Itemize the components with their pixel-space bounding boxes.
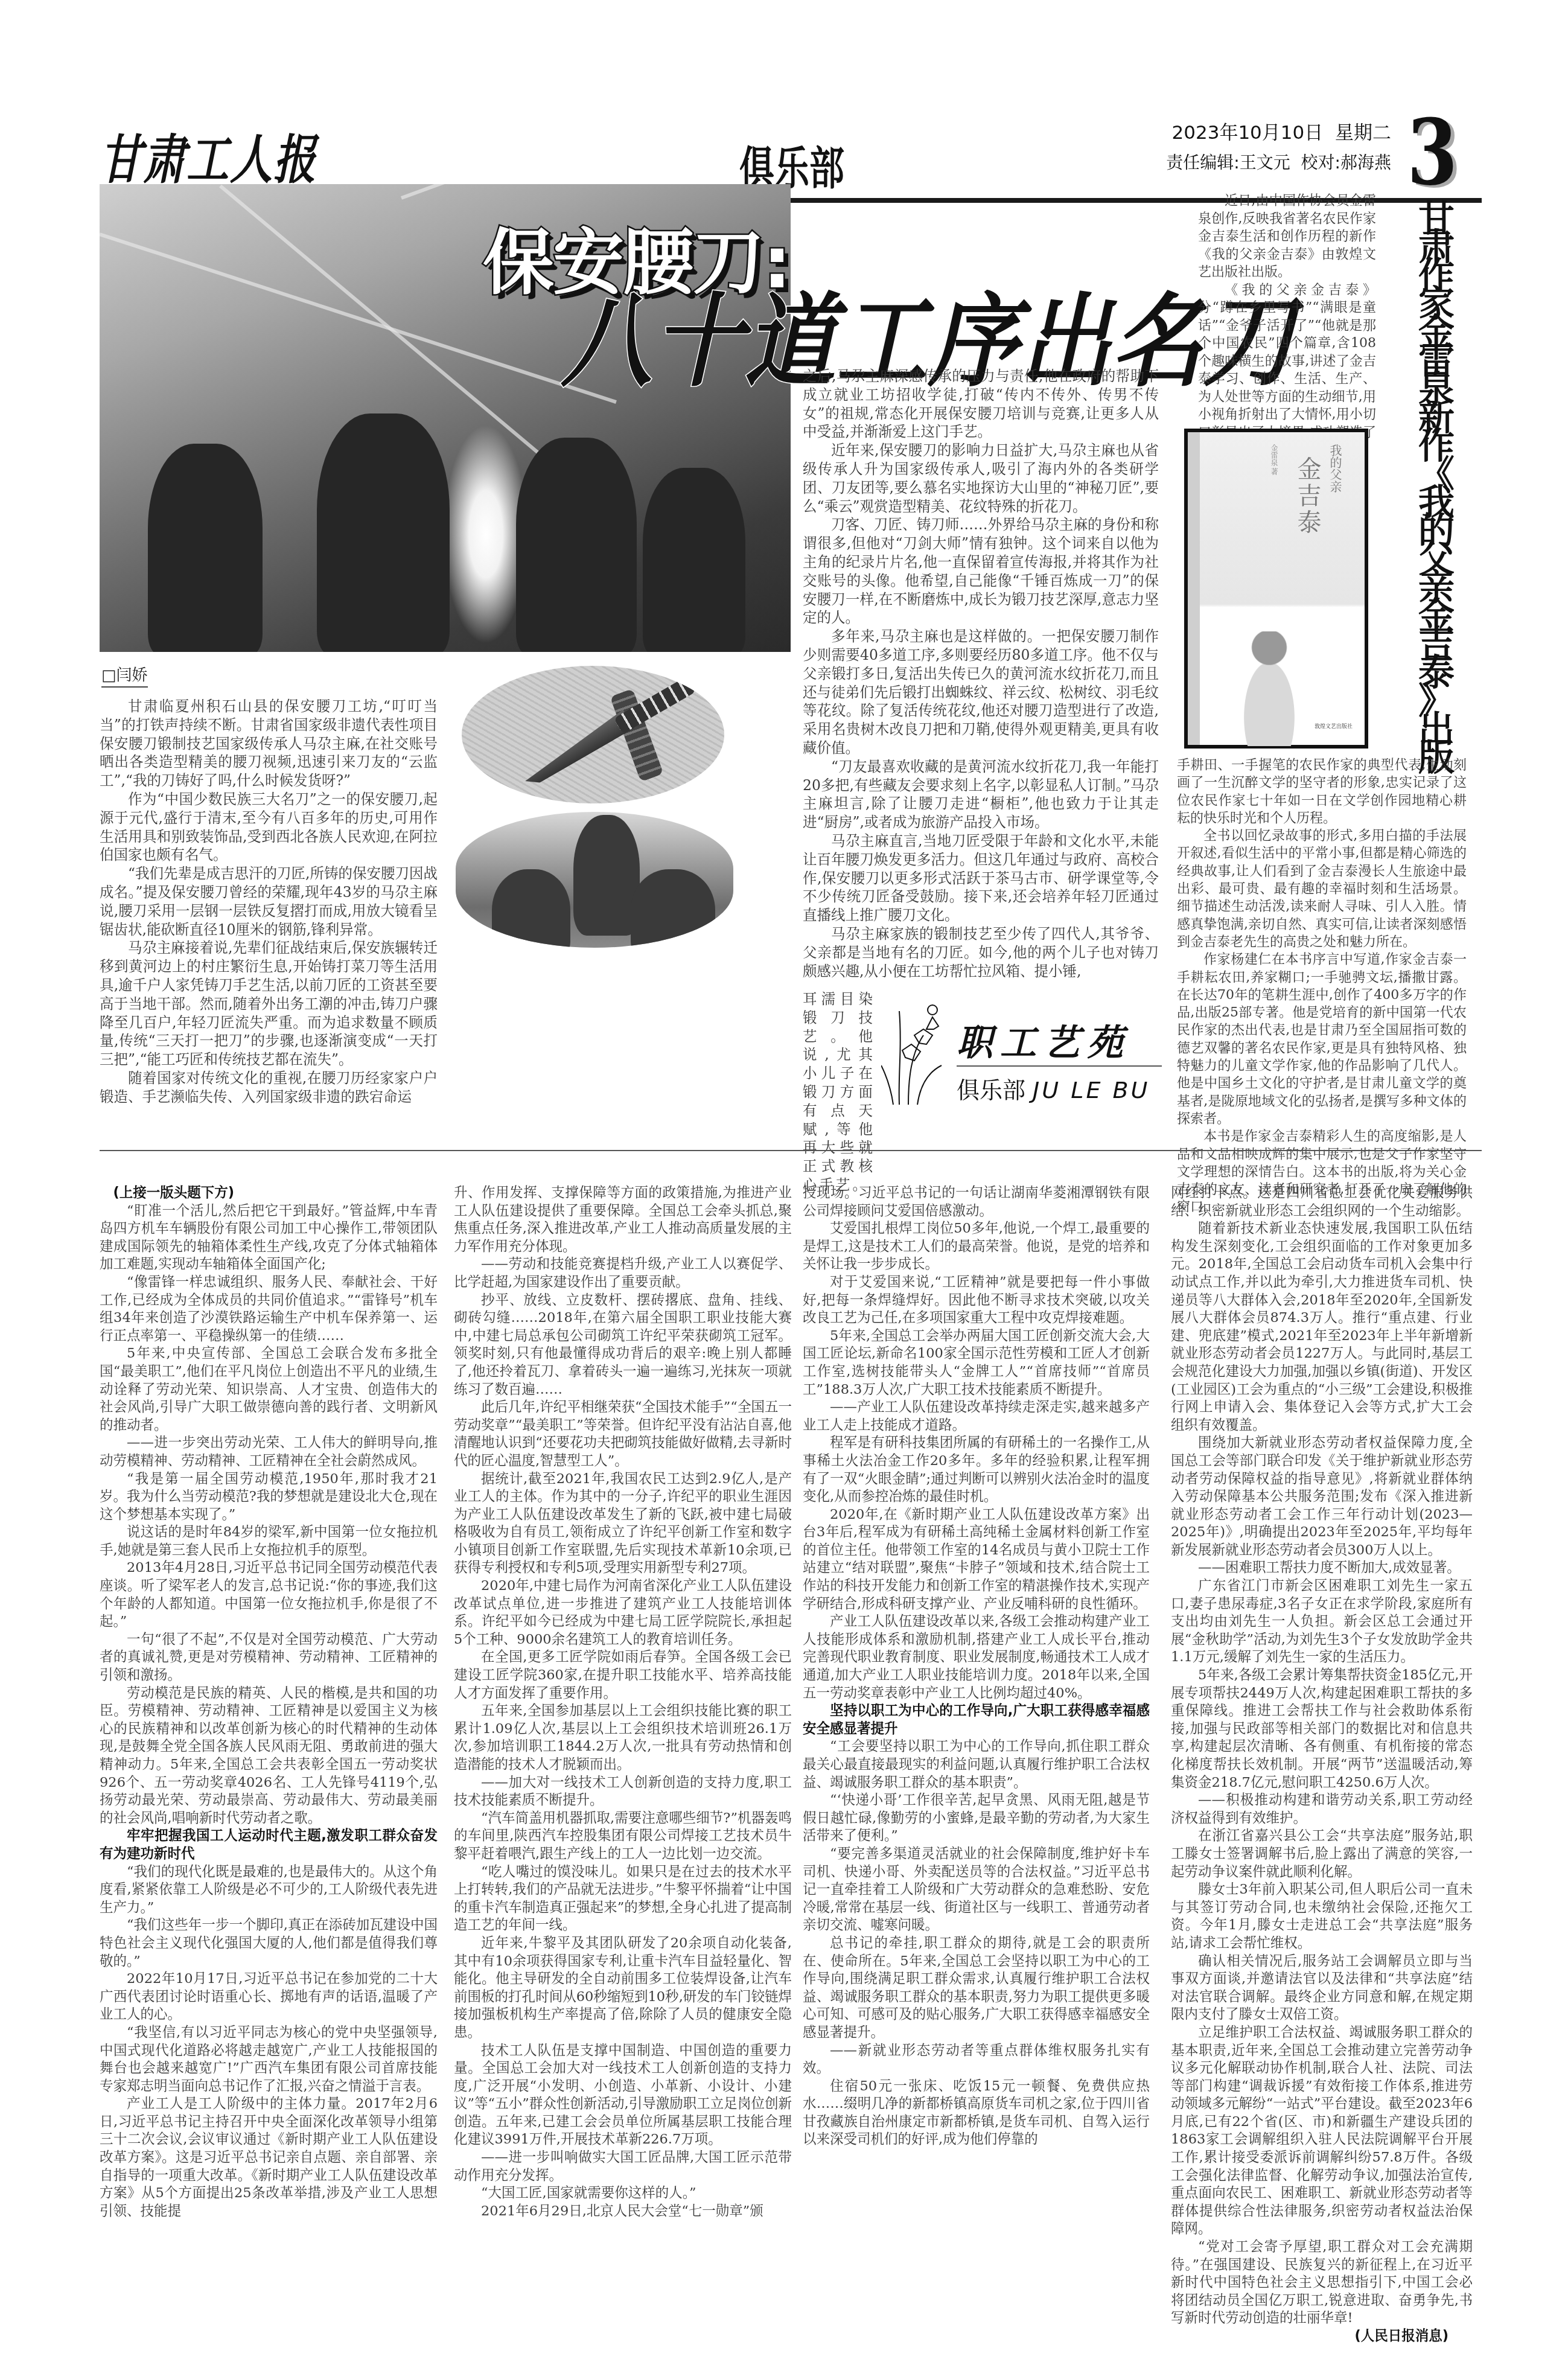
paragraph: 升、作用发挥、支撑保障等方面的政策措施,为推进产业工人队伍建设提供了重要保障。全… xyxy=(454,1184,792,1256)
issue-date: 2023年10月10日 xyxy=(1171,122,1323,144)
column-section-label: 俱乐部 JU LE BU xyxy=(957,1071,1150,1105)
paragraph: 刀客、刀匠、铸刀师……外界给马尕主麻的身份和称谓很多,但他对“刀剑大师”情有独钟… xyxy=(803,516,1159,627)
paragraph: 产业工人队伍建设改革以来,各级工会推动构建产业工人技能形成体系和激励机制,搭建产… xyxy=(803,1613,1150,1702)
paragraph: 马尕主麻家族的锻制技艺至少传了四代人,其爷爷、父亲都是当地有名的刀匠。如今,他的… xyxy=(803,925,1159,980)
paragraph: 围绕加大新就业形态劳动者权益保障力度,全国总工会等部门联合印发《关于维护新就业形… xyxy=(1171,1434,1473,1559)
paragraph: 近年来,保安腰刀的影响力日益扩大,马尕主麻也从省级传承人升为国家级传承人,吸引了… xyxy=(803,441,1159,516)
worker-figure xyxy=(643,468,745,652)
book-article-headline: 甘肃作家金雷泉新作《我的父亲金吉泰》出版 xyxy=(1415,205,1458,773)
paragraph: 5年来,各级工会累计筹集帮扶资金185亿元,开展专项帮扶2449万人次,构建起困… xyxy=(1171,1667,1473,1792)
book-spine xyxy=(1188,432,1200,745)
paragraph: 程军是有研科技集团所属的有研稀土的一名操作工,从事稀土火法冶金工作20多年。多年… xyxy=(803,1434,1150,1505)
paragraph: 作家杨建仁在本书序言中写道,作家金吉泰一手耕耘农田,养家糊口;一手驰骋文坛,播撒… xyxy=(1177,951,1467,1128)
paragraph: 确认相关情况后,服务站工会调解员立即与当事双方面谈,并邀请法官以及法律和“共享法… xyxy=(1171,1953,1473,2024)
subheading: 牢牢把握我国工人运动时代主题,激发职工群众奋发有为建功新时代 xyxy=(100,1827,438,1863)
column-calligraphy: 职工艺苑 xyxy=(957,1014,1130,1066)
book-article-bottom: 手耕田、一手握笔的农民作家的典型代表,生动刻画了一生沉醉文学的坚守者的形象,忠实… xyxy=(1177,756,1467,1216)
continued-note: (上接一版头题下方) xyxy=(100,1184,438,1202)
feature-column-1: 甘肃临夏州积石山县的保安腰刀工坊,“叮叮当当”的打铁声持续不断。甘肃省国家级非遗… xyxy=(100,697,438,1106)
paragraph: 近日,由中国作协会员金雷泉创作,反映我省著名农民作家金吉泰生活和创作历程的新作《… xyxy=(1198,192,1376,281)
paragraph: “我们的现代化既是最难的,也是最伟大的。从这个角度看,紧紧依靠工人阶级是必不可少… xyxy=(100,1863,438,1917)
paragraph: “要完善多渠道灵活就业的社会保障制度,维护好卡车司机、快递小哥、外卖配送员等的合… xyxy=(803,1845,1150,1935)
column-logo: 职工艺苑 俱乐部 JU LE BU xyxy=(881,999,1195,1120)
section-divider xyxy=(100,1150,1482,1151)
editor-name: 王文元 xyxy=(1240,153,1290,173)
issue-weekday: 星期二 xyxy=(1335,122,1391,144)
paragraph: “汽车简盖用机器抓取,需要注意哪些细节?”机器轰鸣的车间里,陕西汽车控股集团有限… xyxy=(454,1810,792,1863)
paragraph: 随着新技术新业态快速发展,我国职工队伍结构发生深刻变化,工会组织面临的工作对象更… xyxy=(1171,1220,1473,1434)
paragraph: 滕女士3年前入职某公司,但人职后公司一直未与其签订劳动合同,也未缴纳社会保险,还… xyxy=(1171,1881,1473,1952)
subheading: 坚持以职工为中心的工作导向,广大职工获得感幸福感安全感显著提升 xyxy=(803,1702,1150,1738)
lower-column-4: 网红打卡点。这是四川省总工会优化关爱服务供给、织密新就业形态工会组织网的一个生动… xyxy=(1171,1184,1473,2346)
paragraph: “‘快递小哥’工作很辛苦,起早贪黑、风雨无阻,越是节假日越忙碌,像勤劳的小蜜蜂,… xyxy=(803,1792,1150,1845)
paragraph: 2013年4月28日,习近平总书记同全国劳动模范代表座谈。听了梁军老人的发言,总… xyxy=(100,1559,438,1630)
paragraph: “我是第一届全国劳动模范,1950年,那时我才21岁。我为什么当劳动模范?我的梦… xyxy=(100,1470,438,1524)
editor-credits: 责任编辑:王文元 校对:郝海燕 xyxy=(1166,150,1391,174)
worker-figure xyxy=(516,438,637,652)
paragraph: 作为“中国少数民族三大名刀”之一的保安腰刀,起源于元代,盛行于清末,至今有八百多… xyxy=(100,790,438,864)
paragraph: “刀友最喜欢收藏的是黄河流水纹折花刀,我一年能打20多把,有些藏友会要求刻上名字… xyxy=(803,758,1159,832)
worker-figure xyxy=(148,444,263,652)
paragraph: 劳动模范是民族的精英、人民的楷模,是共和国的功臣。劳模精神、劳动精神、工匠精神是… xyxy=(100,1685,438,1828)
paragraph: 耳濡目染锻刀技艺。他说,尤其小儿子在锻刀方面有点天赋,等他再大些就正式教核心手艺… xyxy=(803,990,875,1195)
feature-column-2-narrow: 耳濡目染锻刀技艺。他说,尤其小儿子在锻刀方面有点天赋,等他再大些就正式教核心手艺… xyxy=(803,990,875,1195)
paragraph: 授现场。习近平总书记的一句话让湖南华菱湘潭钢铁有限公司焊接顾问艾爱国倍感激动。 xyxy=(803,1184,1150,1220)
master-figure xyxy=(573,815,640,936)
knife-photo xyxy=(462,666,724,803)
paragraph: ——产业工人队伍建设改革持续走深走实,越来越多产业工人走上技能成才道路。 xyxy=(803,1399,1150,1434)
paragraph: 全书以回忆录故事的形式,多用白描的手法展开叙述,看似生活中的平常小事,但都是精心… xyxy=(1177,827,1467,951)
lower-column-2: 升、作用发挥、支撑保障等方面的政策措施,为推进产业工人队伍建设提供了重要保障。全… xyxy=(454,1184,792,2220)
paragraph: “大国工匠,国家就需要你这样的人。” xyxy=(454,2185,792,2203)
paragraph: 5年来,全国总工会举办两届大国工匠创新交流大会,大国工匠论坛,新命名100家全国… xyxy=(803,1327,1150,1399)
cover-title: 金吉泰 xyxy=(1290,456,1325,536)
paragraph: 此后几年,许纪平相继荣获“全国技术能手”“全国五一劳动奖章”“最美职工”等荣誉。… xyxy=(454,1399,792,1470)
paragraph: 住宿50元一张床、吃饭15元一顿餐、免费供应热水……缀明几净的新都桥镇高原货车司… xyxy=(803,2078,1150,2149)
paragraph: “我坚信,有以习近平同志为核心的党中央坚强领导,中国式现代化道路必将越走越宽广,… xyxy=(100,2024,438,2095)
paragraph: “盯准一个活儿,然后把它干到最好。”管益辉,中车青岛四方机车车辆股份有限公司加工… xyxy=(100,1202,438,1274)
paragraph: ——困难职工帮扶力度不断加大,成效显著。 xyxy=(1171,1559,1473,1577)
paragraph: 在浙江省嘉兴县公工会“共享法庭”服务站,职工滕女士签署调解书后,脸上露出了满意的… xyxy=(1171,1827,1473,1881)
cover-author: 金雷泉 著 xyxy=(1269,444,1280,476)
paragraph: 网红打卡点。这是四川省总工会优化关爱服务供给、织密新就业形态工会组织网的一个生动… xyxy=(1171,1184,1473,1220)
cover-portrait xyxy=(1230,631,1308,746)
page-number: 3 xyxy=(1407,107,1458,198)
paragraph: 2021年6月29日,北京人民大会堂“七一勋章”颁 xyxy=(454,2203,792,2221)
paragraph: 5年来,中央宣传部、全国总工会联合发布多批全国“最美职工”,他们在平凡岗位上创造… xyxy=(100,1345,438,1434)
paragraph: 对于艾爱国来说,“工匠精神”就是要把每一件小事做好,把每一条焊缝焊好。因此他不断… xyxy=(803,1274,1150,1327)
paragraph: 五年来,全国参加基层以上工会组织技能比赛的职工累计1.09亿人次,基层以上工会组… xyxy=(454,1702,792,1773)
paragraph: ——进一步突出劳动光荣、工人伟大的鲜明导向,推动劳模精神、劳动精神、工匠精神在全… xyxy=(100,1434,438,1470)
daffodil-icon xyxy=(881,999,948,1108)
byline: □闫娇 xyxy=(101,663,148,688)
paragraph: 产业工人是工人阶级中的主体力量。2017年2月6日,习近平总书记主持召开中央全面… xyxy=(100,2095,438,2220)
cover-publisher: 敦煌文艺出版社 xyxy=(1315,722,1353,730)
paragraph: 多年来,马尕主麻也是这样做的。一把保安腰刀制作少则需要40多道工序,多则要经历8… xyxy=(803,627,1159,758)
paragraph: ——积极推动构建和谐劳动关系,职工劳动经济权益得到有效维护。 xyxy=(1171,1792,1473,1827)
paragraph: 一句“很了不起”,不仅是对全国劳动模范、广大劳动者的真诚礼赞,更是对劳模精神、劳… xyxy=(100,1631,438,1685)
book-cover-image: 我的父亲 金吉泰 金雷泉 著 敦煌文艺出版社 xyxy=(1184,429,1368,749)
paragraph: 近年来,牛黎平及其团队研发了20余项自动化装备,其中有10余项获得国家专利,让重… xyxy=(454,1935,792,2042)
book-article-top: 近日,由中国作协会员金雷泉创作,反映我省著名农民作家金吉泰生活和创作历程的新作《… xyxy=(1198,192,1376,459)
paragraph: 手耕田、一手握笔的农民作家的典型代表,生动刻画了一生沉醉文学的坚守者的形象,忠实… xyxy=(1177,756,1467,827)
proofreader-name: 郝海燕 xyxy=(1340,153,1391,173)
source-credit: (人民日报消息) xyxy=(1171,2328,1473,2346)
paragraph: 在全国,更多工匠学院如雨后春笋。全国各级工会已建设工匠学院360家,在提升职工技… xyxy=(454,1649,792,1702)
paragraph: 2022年10月17日,习近平总书记在参加党的二十大广西代表团讨论时语重心长、掷… xyxy=(100,1970,438,2024)
newspaper-logo: 甘肃工人报 xyxy=(100,118,317,194)
worker-figure xyxy=(317,413,450,652)
paragraph: 2020年,在《新时期产业工人队伍建设改革方案》出台3年后,程军成为有研稀土高纯… xyxy=(803,1506,1150,1614)
apprentice-figure xyxy=(492,869,570,948)
masthead: 甘肃工人报 俱乐部 2023年10月10日 星期二 责任编辑:王文元 校对:郝海… xyxy=(100,115,1482,193)
paragraph: ——进一步叫响做实大国工匠品牌,大国工匠示范带动作用充分发挥。 xyxy=(454,2149,792,2185)
paragraph: 之后,马尕主麻深感传承的压力与责任,他在政府的帮助下成立就业工坊招收学徒,打破“… xyxy=(803,367,1159,441)
paragraph: 随着国家对传统文化的重视,在腰刀历经家家户户锻造、手艺濒临失传、入列国家级非遗的… xyxy=(100,1069,438,1106)
paragraph: ——加大对一线技术工人创新创造的支持力度,职工技术技能素质不断提升。 xyxy=(454,1774,792,1810)
paragraph: 立足维护职工合法权益、竭诚服务职工群众的基本职责,近年来,全国总工会推动建立完善… xyxy=(1171,2024,1473,2238)
lower-column-3: 授现场。习近平总书记的一句话让湖南华菱湘潭钢铁有限公司焊接顾问艾爱国倍感激动。 … xyxy=(803,1184,1150,2149)
cover-subtitle: 我的父亲 xyxy=(1327,444,1344,493)
logo-rule xyxy=(957,1065,1162,1067)
paragraph: 艾爱国扎根焊工岗位50多年,他说,一个焊工,最重要的是焊工,这是技术工人们的最高… xyxy=(803,1220,1150,1274)
apprentices-photo xyxy=(456,812,733,948)
paragraph: “工会要坚持以职工为中心的工作导向,抓住职工群众最关心最直接最现实的利益问题,认… xyxy=(803,1738,1150,1792)
paragraph: ——劳动和技能竞赛提档升级,产业工人以赛促学、比学赶超,为国家建设作出了重要贡献… xyxy=(454,1256,792,1291)
paragraph: 马尕主麻直言,当地刀匠受限于年龄和文化水平,未能让百年腰刀焕发更多活力。但这几年… xyxy=(803,832,1159,925)
paragraph: “我们先辈是成吉思汗的刀匠,所铸的保安腰刀因战成名。”提及保安腰刀曾经的荣耀,现… xyxy=(100,864,438,939)
paragraph: 马尕主麻接着说,先辈们征战结束后,保安族辗转迁移到黄河边上的村庄繁衍生息,开始铸… xyxy=(100,939,438,1069)
paragraph: “我们这些年一步一个脚印,真正在添砖加瓦建设中国特色社会主义现代化强国大厦的人,… xyxy=(100,1917,438,1970)
paragraph: 说这话的是时年84岁的梁军,新中国第一位女拖拉机手,她就是第三套人民币上女拖拉机… xyxy=(100,1524,438,1559)
paragraph: ——新就业形态劳动者等重点群体维权服务扎实有效。 xyxy=(803,2042,1150,2078)
roof-beam xyxy=(401,184,742,200)
paragraph: 总书记的牵挂,职工群众的期待,就是工会的职责所在、使命所在。5年来,全国总工会坚… xyxy=(803,1935,1150,2042)
paragraph: 抄平、放线、立皮数杆、摆砖撂底、盘角、挂线、砌砖勾缝……2018年,在第六届全国… xyxy=(454,1292,792,1399)
paragraph: “党对工会寄予厚望,职工群众对工会充满期待。”在强国建设、民族复兴的新征程上,在… xyxy=(1171,2238,1473,2328)
lower-column-1: (上接一版头题下方) “盯准一个活儿,然后把它干到最好。”管益辉,中车青岛四方机… xyxy=(100,1184,438,2220)
apprentice-figure xyxy=(631,869,715,948)
paragraph: 广东省江门市新会区困难职工刘先生一家五口,妻子患尿毒症,3名子女正在求学阶段,家… xyxy=(1171,1577,1473,1667)
paragraph: 甘肃临夏州积石山县的保安腰刀工坊,“叮叮当当”的打铁声持续不断。甘肃省国家级非遗… xyxy=(100,697,438,790)
dateline: 2023年10月10日 星期二 xyxy=(1171,117,1391,144)
paragraph: 据统计,截至2021年,我国农民工达到2.9亿人,是产业工人的主体。作为其中的一… xyxy=(454,1470,792,1578)
paragraph: “像雷锋一样忠诚组织、服务人民、奉献社会、干好工作,已经成为全体成员的共同价值追… xyxy=(100,1274,438,1345)
paragraph: “吃人嘴过的馍没味儿。如果只是在过去的技术水平上打转转,我们的产品就无法进步。”… xyxy=(454,1863,792,1935)
feature-column-2: 之后,马尕主麻深感传承的压力与责任,他在政府的帮助下成立就业工坊招收学徒,打破“… xyxy=(803,367,1159,980)
paragraph: 2020年,中建七局作为河南省深化产业工人队伍建设改革试点单位,进一步推进了建筑… xyxy=(454,1577,792,1649)
paragraph: 技术工人队伍是支撑中国制造、中国创造的重要力量。全国总工会加大对一线技术工人创新… xyxy=(454,2042,792,2150)
